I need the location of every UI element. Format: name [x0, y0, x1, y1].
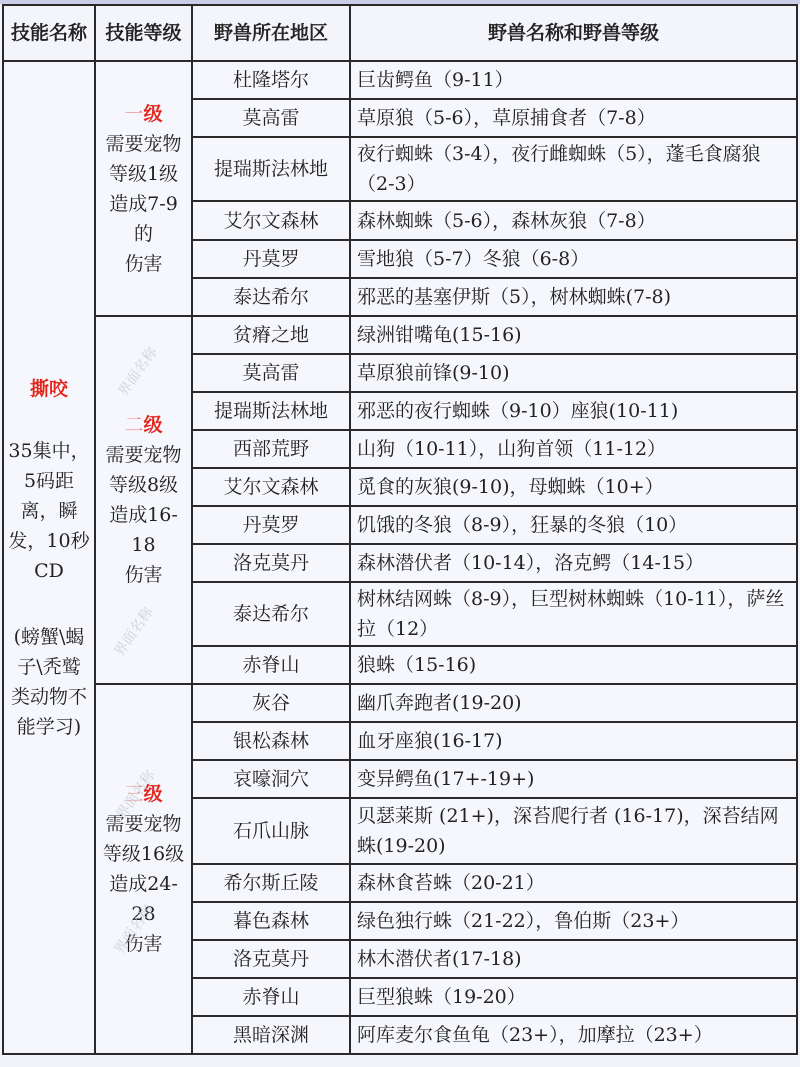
tier-3-title: 三级 [100, 779, 187, 809]
beasts-cell: 夜行蜘蛛（3-4），夜行雌蜘蛛（5），蓬毛食腐狼（2-3） [350, 137, 797, 201]
region-cell: 赤脊山 [192, 646, 350, 684]
watermark: 界面名称 [110, 340, 167, 403]
beasts-cell: 草原狼（5-6），草原捕食者（7-8） [350, 99, 797, 137]
table-row: 界面名称 界面名称 二级 需要宠物 等级8级 造成16-18 伤害 贫瘠之地 绿… [3, 316, 797, 354]
beasts-cell: 觅食的灰狼(9-10)，母蜘蛛（10+） [350, 468, 797, 506]
beasts-cell: 山狗（10-11），山狗首领（11-12） [350, 430, 797, 468]
beasts-cell: 森林潜伏者（10-14），洛克鳄（14-15） [350, 544, 797, 582]
region-cell: 赤脊山 [192, 978, 350, 1016]
beasts-cell: 森林蜘蛛（5-6），森林灰狼（7-8） [350, 201, 797, 240]
beasts-cell: 巨型狼蛛（19-20） [350, 978, 797, 1016]
region-cell: 丹莫罗 [192, 240, 350, 278]
beasts-cell: 邪恶的基塞伊斯（5），树林蜘蛛(7-8) [350, 278, 797, 316]
region-cell: 石爪山脉 [192, 798, 350, 864]
region-cell: 灰谷 [192, 684, 350, 722]
region-cell: 提瑞斯法林地 [192, 137, 350, 201]
region-cell: 暮色森林 [192, 902, 350, 940]
region-cell: 贫瘠之地 [192, 316, 350, 354]
region-cell: 莫高雷 [192, 354, 350, 392]
tier-2-cell: 界面名称 界面名称 二级 需要宠物 等级8级 造成16-18 伤害 [95, 316, 192, 684]
region-cell: 哀嚎洞穴 [192, 760, 350, 798]
tier-1-title: 一级 [100, 99, 187, 129]
region-cell: 洛克莫丹 [192, 544, 350, 582]
region-cell: 艾尔文森林 [192, 468, 350, 506]
header-skill-name: 技能名称 [3, 5, 95, 61]
region-cell: 丹莫罗 [192, 506, 350, 544]
beasts-cell: 贝瑟莱斯 (21+)，深苔爬行者 (16-17)，深苔结网蛛(19-20) [350, 798, 797, 864]
header-beast-name-level: 野兽名称和野兽等级 [350, 5, 797, 61]
region-cell: 泰达希尔 [192, 582, 350, 646]
tier-1-description: 需要宠物 等级1级 造成7-9的 伤害 [100, 129, 187, 279]
region-cell: 洛克莫丹 [192, 940, 350, 978]
beasts-cell: 邪恶的夜行蜘蛛（9-10）座狼(10-11) [350, 392, 797, 430]
skill-restriction-note: (螃蟹\蝎 子\秃鹫 类动物不 能学习) [8, 622, 90, 742]
beasts-cell: 绿洲钳嘴龟(15-16) [350, 316, 797, 354]
skill-cell: 撕咬 35集中， 5码距 离，瞬 发，10秒 CD (螃蟹\蝎 子\秃鹫 类动物… [3, 61, 95, 1054]
skill-description: 35集中， 5码距 离，瞬 发，10秒 CD [8, 436, 90, 586]
region-cell: 泰达希尔 [192, 278, 350, 316]
beasts-cell: 森林食苔蛛（20-21） [350, 864, 797, 902]
region-cell: 艾尔文森林 [192, 201, 350, 240]
beasts-cell: 饥饿的冬狼（8-9），狂暴的冬狼（10） [350, 506, 797, 544]
table-row: 界面名称 界面名称 三级 需要宠物 等级16级 造成24-28 伤害 灰谷 幽爪… [3, 684, 797, 722]
watermark: 界面名称 [106, 600, 163, 663]
beasts-cell: 草原狼前锋(9-10) [350, 354, 797, 392]
beasts-cell: 变异鳄鱼(17+-19+) [350, 760, 797, 798]
tier-2-description: 需要宠物 等级8级 造成16-18 伤害 [100, 440, 187, 590]
beasts-cell: 幽爪奔跑者(19-20) [350, 684, 797, 722]
beasts-cell: 血牙座狼(16-17) [350, 722, 797, 760]
tier-2-title: 二级 [100, 410, 187, 440]
beasts-cell: 狼蛛（15-16) [350, 646, 797, 684]
region-cell: 希尔斯丘陵 [192, 864, 350, 902]
region-cell: 杜隆塔尔 [192, 61, 350, 99]
tier-3-description: 需要宠物 等级16级 造成24-28 伤害 [100, 809, 187, 959]
tier-3-cell: 界面名称 界面名称 三级 需要宠物 等级16级 造成24-28 伤害 [95, 684, 192, 1054]
beasts-cell: 树林结网蛛（8-9），巨型树林蜘蛛（10-11），萨丝拉（12） [350, 582, 797, 646]
region-cell: 银松森林 [192, 722, 350, 760]
header-skill-level: 技能等级 [95, 5, 192, 61]
region-cell: 莫高雷 [192, 99, 350, 137]
beasts-cell: 绿色独行蛛（21-22），鲁伯斯（23+） [350, 902, 797, 940]
tier-1-cell: 一级 需要宠物 等级1级 造成7-9的 伤害 [95, 61, 192, 316]
beasts-cell: 林木潜伏者(17-18) [350, 940, 797, 978]
beasts-cell: 雪地狼（5-7）冬狼（6-8） [350, 240, 797, 278]
pet-skill-table: 技能名称 技能等级 野兽所在地区 野兽名称和野兽等级 撕咬 35集中， 5码距 … [2, 4, 798, 1055]
region-cell: 黑暗深渊 [192, 1016, 350, 1054]
header-beast-region: 野兽所在地区 [192, 5, 350, 61]
beasts-cell: 阿库麦尔食鱼龟（23+），加摩拉（23+） [350, 1016, 797, 1054]
table-row: 撕咬 35集中， 5码距 离，瞬 发，10秒 CD (螃蟹\蝎 子\秃鹫 类动物… [3, 61, 797, 99]
region-cell: 西部荒野 [192, 430, 350, 468]
region-cell: 提瑞斯法林地 [192, 392, 350, 430]
beasts-cell: 巨齿鳄鱼（9-11） [350, 61, 797, 99]
skill-name: 撕咬 [8, 374, 90, 404]
header-row: 技能名称 技能等级 野兽所在地区 野兽名称和野兽等级 [3, 5, 797, 61]
